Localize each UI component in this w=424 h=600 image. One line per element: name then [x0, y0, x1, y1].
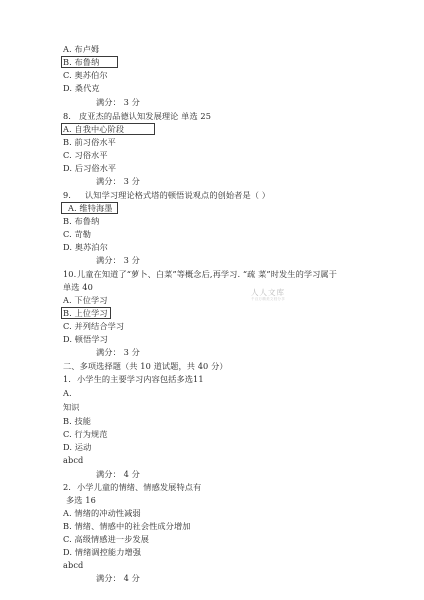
q7-option-d: D. 桑代克	[63, 83, 100, 94]
m2-option-c: C. 高级情感进一步发展	[63, 534, 149, 545]
q7-option-b-selected: B. 布鲁纳	[61, 56, 118, 68]
q9-question: 9.认知学习理论格式塔的顿悟说观点的创始者是（ ）	[63, 190, 270, 201]
q10-option-a: A. 下位学习	[63, 295, 108, 306]
q10-option-c: C. 并列结合学习	[63, 321, 124, 332]
m2-question: 2.小学儿童的情绪、情感发展特点有	[63, 482, 201, 493]
q10-option-d: D. 顿悟学习	[63, 334, 108, 345]
m1-score: 满分： 4 分	[96, 469, 140, 480]
m2-answer: abcd	[63, 560, 83, 571]
m2-option-b: B. 情绪、情感中的社会性成分增加	[63, 521, 191, 532]
m1-question: 1.小学生的主要学习内容包括多选11	[63, 374, 204, 385]
watermark-logo: 人人文库 千百万精美文档分享	[243, 288, 293, 302]
q9-text: 认知学习理论格式塔的顿悟说观点的创始者是（ ）	[85, 190, 270, 200]
watermark-subtitle: 千百万精美文档分享	[243, 297, 293, 302]
m1-number: 1.	[63, 374, 77, 385]
q9-score: 满分： 3 分	[96, 255, 140, 266]
q8-text: 皮亚杰的品德认知发展理论 单选 25	[79, 111, 211, 121]
q10-option-b-selected: B. 上位学习	[61, 307, 111, 319]
watermark-title: 人人文库	[243, 288, 293, 297]
q8-number: 8.	[63, 111, 79, 122]
m2-option-d: D. 情绪调控能力增强	[63, 547, 141, 558]
q9-option-c: C. 苛勒	[63, 229, 91, 240]
section-2-heading: 二、多项选择题（共 10 道试题，共 40 分）	[63, 361, 228, 372]
q10-score: 满分： 3 分	[96, 347, 140, 358]
q8-question: 8.皮亚杰的品德认知发展理论 单选 25	[63, 111, 211, 122]
m2-option-a: A. 情绪的冲动性减弱	[63, 508, 141, 519]
q8-option-d: D. 后习俗水平	[63, 163, 116, 174]
m2-text: 小学儿童的情绪、情感发展特点有	[77, 482, 201, 492]
m2-type: 多选 16	[66, 495, 96, 506]
q9-number: 9.	[63, 190, 85, 201]
q10-text: 儿童在知道了“萝卜、白菜”等概念后,再学习. “疏 菜”时发生的学习属于	[77, 269, 337, 279]
q10-number: 10.	[63, 269, 77, 280]
m2-score: 满分： 4 分	[96, 573, 140, 584]
m1-option-b: B. 技能	[63, 416, 91, 427]
m1-option-a: A.	[63, 388, 72, 399]
m1-option-a-text: 知识	[63, 402, 80, 413]
q8-option-c: C. 习俗水平	[63, 150, 108, 161]
q7-score: 满分： 3 分	[96, 97, 140, 108]
m1-option-d: D. 运动	[63, 442, 91, 453]
q8-score: 满分： 3 分	[96, 176, 140, 187]
q7-option-c: C. 奥苏伯尔	[63, 70, 108, 81]
m1-answer: abcd	[63, 455, 83, 466]
q8-option-a-selected: A. 自我中心阶段	[61, 123, 155, 135]
document-page: A. 布卢姆 B. 布鲁纳 C. 奥苏伯尔 D. 桑代克 满分： 3 分 8.皮…	[0, 0, 424, 600]
q9-option-a-selected: A. 维特海墨	[61, 202, 118, 214]
q10-question: 10.儿童在知道了“萝卜、白菜”等概念后,再学习. “疏 菜”时发生的学习属于	[63, 269, 337, 280]
q7-option-a: A. 布卢姆	[63, 44, 99, 55]
m1-option-c: C. 行为规范	[63, 429, 108, 440]
q8-option-b: B. 前习俗水平	[63, 137, 116, 148]
q10-type: 单选 40	[63, 282, 93, 293]
q9-option-d: D. 奥苏泊尔	[63, 242, 108, 253]
m2-number: 2.	[63, 482, 77, 493]
q9-option-b: B. 布鲁纳	[63, 216, 99, 227]
m1-text: 小学生的主要学习内容包括多选11	[77, 374, 204, 384]
